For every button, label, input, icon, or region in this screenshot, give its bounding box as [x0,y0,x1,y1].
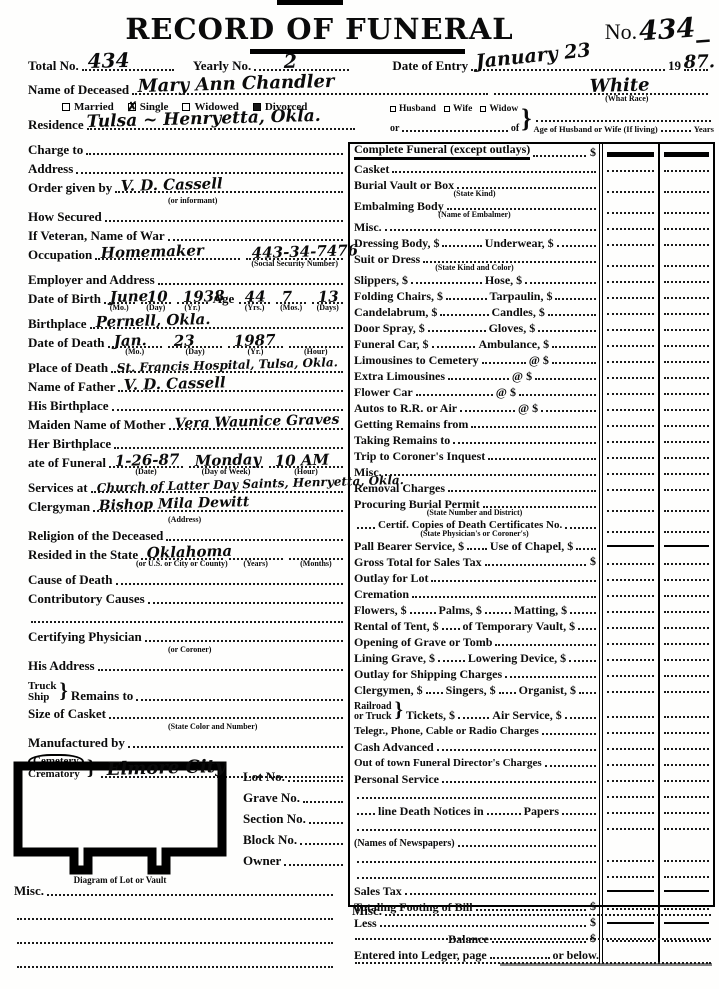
amount-line [664,313,709,315]
dotted-line [47,883,333,896]
charge-label: Taking Remains to [354,434,450,447]
lot-field-row: Owner [243,854,346,868]
field-label: If Veteran, Name of War [28,228,165,243]
handwritten-entry: 1987 [234,331,276,350]
charge-row-0: Complete Funeral (except outlays)$ [350,144,713,160]
field-label: Charge to [28,142,83,157]
charge-row-34: Telegr., Phone, Cable or Radio Charges [350,722,713,738]
brace-glyph: } [395,697,403,722]
amount-line [664,890,709,892]
field-label: Cause of Death [28,572,113,587]
dotted-line: 44(Yrs.) [239,291,270,304]
amount-line [664,329,709,331]
charge-label: Autos to R.R. or Air [354,402,457,415]
dotted-line: 434 [82,58,174,71]
dotted-line: 1-26-87(Date) [109,455,183,468]
charge-row-7: Slippers, $Hose, $ [350,271,713,287]
charge-label: Cash Advanced [354,741,434,754]
dotted-line: White (What Race) [494,82,708,95]
amount-line [607,297,654,299]
dotted-line: 23(Day) [168,335,222,348]
dotted-line [458,717,489,719]
dotted-line [385,474,596,476]
handwritten-entry: Oklahoma [147,542,233,562]
handwritten-entry: 13 [318,287,339,306]
dotted-line [31,610,343,623]
misc-right-label: Misc. [352,903,382,918]
amount-cell [599,160,658,176]
field-row-12: His Birthplace [28,398,346,413]
charge-label-col: Dressing Body, $Underwear, $ [350,234,599,250]
funeral-record-document: RECORD OF FUNERAL No. 434_ Total No. 434… [0,0,719,989]
amount-line [607,361,654,363]
amount-line [607,441,654,443]
dotted-line [98,658,343,671]
dotted-line: 7(Mos.) [276,291,307,304]
amount-cell [658,850,713,866]
dotted-line [519,394,596,396]
amount-cell [658,463,713,479]
field-label: Clergyman [28,499,90,514]
amount-cell [599,144,658,160]
amount-line [664,377,709,379]
amount-line [607,473,654,475]
amount-cell [658,479,713,495]
charge-label: Casket [354,163,389,176]
amount-line [664,212,709,214]
amount-line [607,732,654,734]
dotted-line [357,861,596,863]
charge-label: Sales Tax [354,885,402,898]
amount-cell [599,722,658,738]
dotted-line [557,245,596,247]
dotted-line [166,528,343,541]
charge-line: Funeral Car, $Ambulance, $ [350,335,599,351]
charge-label: Slippers, $ [354,274,408,287]
dotted-line [17,931,333,944]
dotted-line: 1938(Yr.) [177,291,208,304]
charge-label: Tickets, $ [406,709,455,722]
amount-cell [599,818,658,834]
yearly-no-value: 2 [284,51,298,73]
dotted-line [405,893,596,895]
dotted-line [446,298,487,300]
dotted-line [542,733,596,735]
charge-label-col: Railroador Truck}Tickets, $Air Service, … [350,697,599,722]
charge-label-col: Limousines to Cemetery@ $ [350,351,599,367]
residence-row: Residence Tulsa ~ Henryetta, Okla. [28,117,358,132]
dotted-line [579,692,596,694]
handwritten-entry: Monday [195,450,262,470]
widow-label: Widow [489,104,518,114]
dotted-line [112,398,343,411]
amount-cell [658,770,713,786]
amount-cell [658,218,713,234]
yearly-no-label: Yearly No. [193,58,252,73]
amount-line [664,152,709,157]
dotted-line [86,142,343,155]
total-no-value: 434 [87,48,129,73]
amount-cell [599,271,658,287]
field-label: Birthplace [28,316,87,331]
brace-glyph: } [521,104,531,134]
amount-line [607,643,654,645]
amount-cell [658,399,713,415]
spouse-block: Husband Wife Widow or of } Age of Husban… [390,104,714,134]
dotted-line [467,548,487,550]
dotted-line [471,426,596,428]
field-label: Religion of the Deceased [28,528,163,543]
field-label: Her Birthplace [28,436,111,451]
dotted-line: Mary Ann Chandler [132,82,488,95]
charge-row-40 [350,818,713,834]
dotted-line: Church of Latter Day Saints, Henryetta, … [91,480,343,493]
year-prefix: 19 [668,58,681,73]
charge-label-col [350,866,599,882]
handwritten-entry: Jan. [113,331,146,350]
amount-cell [658,303,713,319]
dotted-line [565,527,596,529]
wife-label: Wife [453,104,472,114]
dotted-line [385,903,711,916]
charge-label: Outlay for Lot [354,572,428,585]
field-row-26: Size of Casket [28,706,346,721]
charge-row-25: Outlay for Lot [350,569,713,585]
charge-label: Misc. [354,221,382,234]
amount-line [607,563,654,565]
charge-label-col: Flowers, $Palms, $Matting, $ [350,601,599,617]
amount-cell [599,495,658,516]
amount-line [664,796,709,798]
total-no-label: Total No. [28,58,79,73]
brace-labels: TruckShip [28,681,57,703]
charge-label-col: Clergymen, $Singers, $Organist, $ [350,681,599,697]
charge-line: Rental of Tent, $of Temporary Vault, $ [350,617,599,633]
amount-line [664,191,709,193]
charge-label-col: Trip to Coroner's Inquest [350,447,599,463]
dotted-line: V. D. Cassell [118,379,343,392]
amount-cell [658,722,713,738]
field-row-1: Address [28,161,346,176]
field-row-5: OccupationHomemaker443-34-7476(Social Se… [28,247,346,262]
amount-line [607,170,654,172]
amount-cell [658,818,713,834]
handwritten-entry: St. Francis Hospital, Tulsa, Okla. [117,355,338,375]
field-label: Contributory Causes [28,591,145,606]
dotted-line [562,813,596,815]
amount-cell [599,754,658,770]
dotted-line [499,692,516,694]
charge-row-18: Trip to Coroner's Inquest [350,447,713,463]
charge-label: Getting Remains from [354,418,468,431]
dotted-line [109,706,343,719]
charge-line: Dressing Body, $Underwear, $ [350,234,599,250]
lot-fields: Lot No.Grave No.Section No.Block No.Owne… [243,770,346,875]
amount-line [607,860,654,862]
amount-line [664,170,709,172]
header-row: Total No. 434 Yearly No. 2 Date of Entry… [28,58,711,73]
dotted-line [535,378,596,380]
amount-line [607,748,654,750]
amount-line [607,228,654,230]
amount-line [664,393,709,395]
dotted-line [288,769,343,782]
amount-line [664,563,709,565]
dotted-line [548,314,596,316]
checkbox-husband [390,106,396,112]
name-row: Name of Deceased Mary Ann Chandler White… [28,82,711,97]
charge-row-13: Extra Limousines@ $ [350,367,713,383]
amount-cell [599,463,658,479]
charge-label: Clergymen, $ [354,684,423,697]
page-title: RECORD OF FUNERAL [0,12,639,46]
charge-row-3: Embalming Body(Name of Embalmer) [350,197,713,218]
amount-line [607,780,654,782]
amount-cell [599,415,658,431]
dotted-line [284,853,343,866]
field-row-16: Services atChurch of Latter Day Saints, … [28,480,346,495]
brace-labels: Railroador Truck [354,702,392,722]
dotted-line: January 23 [471,58,665,71]
field-sublabel: (or informant) [28,196,346,205]
handwritten-entry: Vera Waunice Graves [174,412,339,432]
charge-label: (Names of Newspapers) [354,837,455,850]
charge-label-col: Procuring Burial Permit(State Number and… [350,495,599,516]
charge-label-col: Folding Chairs, $Tarpaulin, $ [350,287,599,303]
amount-cell [599,516,658,537]
charge-line: Outlay for Lot [350,569,599,585]
amount-cell [599,649,658,665]
dotted-line: Oklahoma(or U.S. or City or County) [141,547,222,560]
dotted-line: St. Francis Hospital, Tulsa, Okla. [111,360,343,373]
amount-cell [599,665,658,681]
dotted-line [392,171,596,173]
amount-line [664,425,709,427]
amount-cell [599,287,658,303]
charge-row-35: Cash Advanced [350,738,713,754]
dotted-line [442,628,460,630]
amount-cell [658,553,713,569]
record-number-label: No. [605,19,637,45]
amount-line [664,579,709,581]
dotted-line [432,346,476,348]
amount-line [607,796,654,798]
amount-cell [658,738,713,754]
amount-cell [599,617,658,633]
field-label: Date of Death [28,335,105,350]
charge-label: Matting, $ [514,604,567,617]
amount-cell [599,319,658,335]
charge-label-col: Funeral Car, $Ambulance, $ [350,335,599,351]
dotted-line: Vera Waunice Graves [169,417,343,430]
charge-line: Lining Grave, $Lowering Device, $ [350,649,599,665]
amount-cell [658,802,713,818]
charge-row-2: Burial Vault or Box(State Kind) [350,176,713,197]
charge-row-28: Rental of Tent, $of Temporary Vault, $ [350,617,713,633]
amount-line [664,345,709,347]
amount-line [607,425,654,427]
dotted-line [431,580,596,582]
dotted-line [576,548,596,550]
dotted-line [410,612,436,614]
charge-label-col: Personal Service [350,770,599,786]
amount-line [607,489,654,491]
amount-cell [658,617,713,633]
dotted-line: June(Mo.) [104,291,135,304]
amount-cell [658,649,713,665]
dotted-line [442,245,481,247]
amount-cell [599,218,658,234]
amount-line [664,545,709,547]
dotted-line [411,282,482,284]
dotted-line [437,749,596,751]
dotted-line [300,832,343,845]
charge-label: Candelabrum, $ [354,306,437,319]
dotted-line [309,811,343,824]
amount-line [607,611,654,613]
dotted-line [569,660,596,662]
amount-cell [599,383,658,399]
lot-field-label: Grave No. [243,790,300,805]
lot-field-row: Block No. [243,833,346,847]
charge-row-41: (Names of Newspapers) [350,834,713,850]
charge-label-col: Lining Grave, $Lowering Device, $ [350,649,599,665]
field-label: His Address [28,658,95,673]
charge-label: Telegr., Phone, Cable or Radio Charges [354,725,539,738]
record-number: No. 434_ [605,14,709,45]
amount-cell [658,601,713,617]
amount-cell [658,431,713,447]
field-label: Resided in the State [28,547,138,562]
charge-line: Clergymen, $Singers, $Organist, $ [350,681,599,697]
charge-line: (Names of Newspapers) [350,834,599,850]
field-sublabel: (Years) [243,559,267,568]
charge-row-38 [350,786,713,802]
amount-cell [658,176,713,197]
charge-label-col: Cremation [350,585,599,601]
amount-line [664,531,709,533]
charge-label-col: Opening of Grave or Tomb [350,633,599,649]
field-row-6: Employer and Address [28,272,346,287]
dotted-line [536,104,711,122]
amount-cell [658,866,713,882]
brace-label: Ship [28,692,57,703]
charge-row-6: Suit or Dress(State Kind and Color) [350,250,713,271]
amount-cell [599,681,658,697]
dollar-sign: $ [590,145,596,160]
amount-cell [658,569,713,585]
amount-line [607,281,654,283]
charge-label: Outlay for Shipping Charges [354,668,502,681]
dotted-line [402,123,507,132]
charge-line: Flower Car@ $ [350,383,599,399]
field-row-27: Manufactured by [28,735,346,750]
charge-row-11: Funeral Car, $Ambulance, $ [350,335,713,351]
field-row-25: TruckShip}Remains to [28,677,346,703]
amount-cell [599,234,658,250]
dotted-line [357,829,596,831]
charge-row-16: Getting Remains from [350,415,713,431]
handwritten-entry: V. D. Cassell [121,174,223,195]
amount-line [664,409,709,411]
charge-label: Lining Grave, $ [354,652,435,665]
dotted-line [428,330,486,332]
dotted-line [355,951,711,964]
charge-label: Rental of Tent, $ [354,620,439,633]
amount-cell [599,197,658,218]
charge-line: Autos to R.R. or Air@ $ [350,399,599,415]
charge-line: Railroador Truck}Tickets, $Air Service, … [350,697,599,722]
amount-cell [599,537,658,553]
charge-label: Tarpaulin, $ [490,290,553,303]
amount-line [607,691,654,693]
husband-label: Husband [399,104,436,114]
charges-table: Complete Funeral (except outlays)$Casket… [348,142,715,907]
dotted-line [525,282,596,284]
amount-line [607,510,654,512]
amount-cell [658,415,713,431]
dotted-line [114,436,343,449]
dotted-line: 10 AM(Hour) [269,455,343,468]
amount-cell [599,447,658,463]
field-label: Certifying Physician [28,629,142,644]
or-label: or [390,123,399,134]
charge-line: Sales Tax [350,882,599,898]
amount-cell [599,697,658,722]
charge-row-39: line Death Notices inPapers [350,802,713,818]
charge-row-19: Misc. [350,463,713,479]
dotted-line [357,527,375,529]
charge-line: Complete Funeral (except outlays)$ [350,144,599,160]
charge-row-14: Flower Car@ $ [350,383,713,399]
charge-label: Funeral Car, $ [354,338,429,351]
charge-label: Limousines to Cemetery [354,354,479,367]
amount-line [607,212,654,214]
amount-cell [599,786,658,802]
charge-label: Out of town Funeral Director's Charges [354,757,542,770]
handwritten-entry: Pernell, Okla. [95,310,210,331]
charge-label: Ambulance, $ [478,338,549,351]
dotted-line [168,228,343,241]
race-value: White [590,74,650,97]
charge-label: Burial Vault or Box [354,179,454,192]
amount-cell [658,335,713,351]
amount-line [664,748,709,750]
charge-label-col: Sales Tax [350,882,599,898]
dotted-line [495,644,596,646]
amount-cell [599,850,658,866]
charge-label: @ $ [529,354,549,367]
charge-row-43 [350,866,713,882]
amount-line [607,595,654,597]
amount-line [664,457,709,459]
lot-field-row: Lot No. [243,770,346,784]
dotted-line [460,410,515,412]
amount-line [664,732,709,734]
handwritten-entry: 23 [173,331,194,350]
charge-label-col: (Names of Newspapers) [350,834,599,850]
charge-line [350,866,599,882]
field-label: ate of Funeral [28,455,106,470]
amount-line [664,828,709,830]
title-underline [250,49,465,54]
dotted-line: 13(Days) [312,291,343,304]
field-row-8: BirthplacePernell, Okla. [28,316,346,331]
dotted-line [533,155,586,157]
handwritten-entry: June [109,287,148,306]
name-of-deceased-label: Name of Deceased [28,82,129,97]
amount-line [607,579,654,581]
